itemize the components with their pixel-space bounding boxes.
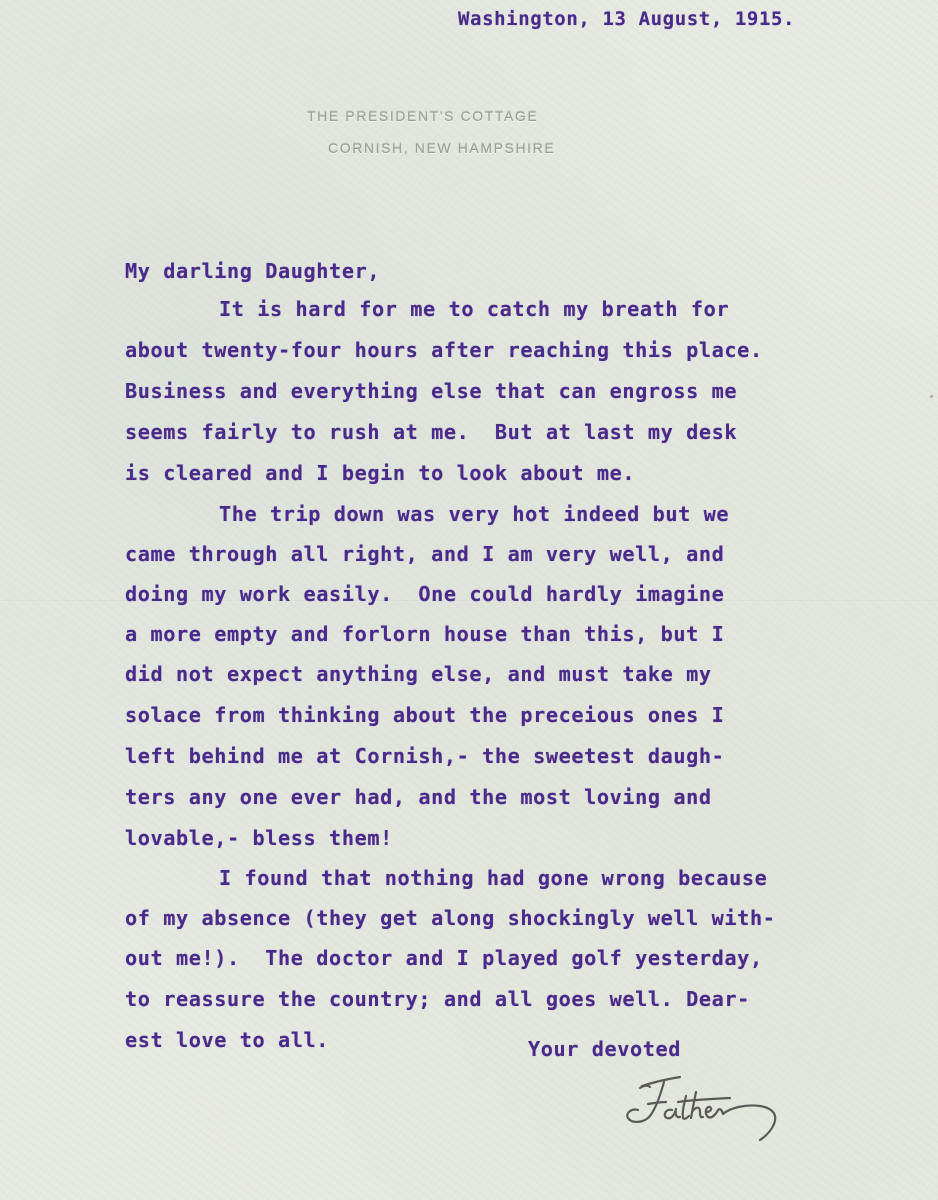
letterhead-line-1: THE PRESIDENT'S COTTAGE [307,108,538,124]
body-line: to reassure the country; and all goes we… [125,987,750,1011]
body-line: ters any one ever had, and the most lovi… [125,785,712,809]
signature: Father [620,1068,790,1148]
ink-speck [930,395,933,398]
body-line: out me!). The doctor and I played golf y… [125,946,763,970]
closing: Your devoted [528,1037,681,1061]
signature-text: Father [620,1068,623,1069]
body-line: solace from thinking about the preceious… [125,703,724,727]
body-line: did not expect anything else, and must t… [125,662,712,686]
body-line: is cleared and I begin to look about me. [125,461,635,485]
body-line: It is hard for me to catch my breath for [219,297,729,321]
body-line: came through all right, and I am very we… [125,542,724,566]
body-line: The trip down was very hot indeed but we [219,502,729,526]
body-line: a more empty and forlorn house than this… [125,622,724,646]
body-line: est love to all. [125,1028,329,1052]
body-line: seems fairly to rush at me. But at last … [125,420,737,444]
body-line: I found that nothing had gone wrong beca… [219,866,767,890]
body-line: left behind me at Cornish,- the sweetest… [125,744,724,768]
body-line: of my absence (they get along shockingly… [125,906,775,930]
letter-paper: Washington, 13 August, 1915. THE PRESIDE… [0,0,938,1200]
body-line: lovable,- bless them! [125,826,393,850]
salutation: My darling Daughter, [125,259,380,283]
body-line: Business and everything else that can en… [125,379,737,403]
body-line: about twenty-four hours after reaching t… [125,338,763,362]
dateline: Washington, 13 August, 1915. [458,8,795,30]
body-line: doing my work easily. One could hardly i… [125,582,724,606]
letterhead-line-2: CORNISH, NEW HAMPSHIRE [328,140,555,156]
signature-handwriting-icon [620,1068,790,1148]
